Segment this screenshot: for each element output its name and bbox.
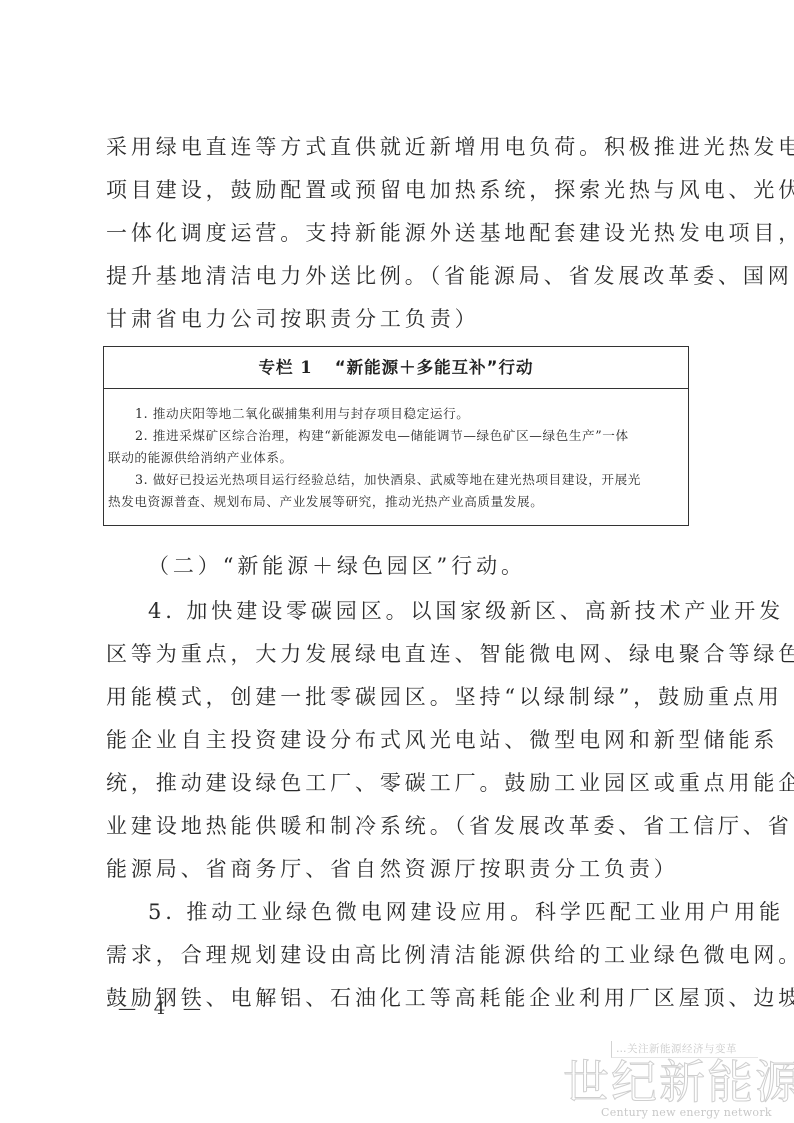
box-item-3-cont: 热发电资源普查、规划布局、产业发展等研究，推动光热产业高质量发展。 bbox=[108, 491, 682, 513]
text-line: 甘肃省电力公司按职责分工负责） bbox=[106, 298, 690, 341]
paragraph-4: 4. 加快建设零碳园区。以国家级新区、高新技术产业开发 区等为重点，大力发展绿电… bbox=[106, 590, 690, 891]
box-item-3: 3. 做好已投运光热项目运行经验总结，加快酒泉、武威等地在建光热项目建设，开展光 bbox=[108, 469, 682, 491]
column-box-number: 专栏 1 bbox=[259, 358, 313, 377]
text-line: 区等为重点，大力发展绿电直连、智能微电网、绿电聚合等绿色 bbox=[106, 633, 690, 676]
box-item-2: 2. 推进采煤矿区综合治理，构建“新能源发电—储能调节—绿色矿区—绿色生产”一体 bbox=[108, 425, 682, 447]
text-line: 4. 加快建设零碳园区。以国家级新区、高新技术产业开发 bbox=[106, 590, 690, 633]
text-line: 提升基地清洁电力外送比例。（省能源局、省发展改革委、国网 bbox=[106, 255, 690, 298]
column-box-body: 1. 推动庆阳等地二氧化碳捕集利用与封存项目稳定运行。 2. 推进采煤矿区综合治… bbox=[104, 389, 688, 513]
text-line: 能企业自主投资建设分布式风光电站、微型电网和新型储能系 bbox=[106, 719, 690, 762]
text-line: 一体化调度运营。支持新能源外送基地配套建设光热发电项目， bbox=[106, 212, 690, 255]
column-box-title: 专栏 1“新能源＋多能互补”行动 bbox=[104, 347, 688, 389]
box-item-1: 1. 推动庆阳等地二氧化碳捕集利用与封存项目稳定运行。 bbox=[108, 403, 682, 425]
column-box: 专栏 1“新能源＋多能互补”行动 1. 推动庆阳等地二氧化碳捕集利用与封存项目稳… bbox=[103, 346, 689, 526]
page-number: — 4 — bbox=[118, 998, 207, 1019]
column-box-heading: “新能源＋多能互补”行动 bbox=[335, 358, 534, 377]
text-line: 用能模式，创建一批零碳园区。坚持“以绿制绿”，鼓励重点用 bbox=[106, 676, 690, 719]
text-line: 需求，合理规划建设由高比例清洁能源供给的工业绿色微电网。 bbox=[106, 934, 690, 977]
section-heading: （二）“新能源＋绿色园区”行动。 bbox=[106, 545, 690, 588]
text-line: 能源局、省商务厅、省自然资源厅按职责分工负责） bbox=[106, 848, 690, 891]
paragraph-intro: 采用绿电直连等方式直供就近新增用电负荷。积极推进光热发电 项目建设，鼓励配置或预… bbox=[106, 126, 690, 341]
text-line: 项目建设，鼓励配置或预留电加热系统，探索光热与风电、光伏 bbox=[106, 169, 690, 212]
section-heading-block: （二）“新能源＋绿色园区”行动。 bbox=[106, 545, 690, 588]
text-line: 业建设地热能供暖和制冷系统。（省发展改革委、省工信厅、省 bbox=[106, 805, 690, 848]
watermark-logo: 世纪新能源网 bbox=[563, 1054, 794, 1110]
text-line: 统，推动建设绿色工厂、零碳工厂。鼓励工业园区或重点用能企 bbox=[106, 762, 690, 805]
document-page: 采用绿电直连等方式直供就近新增用电负荷。积极推进光热发电 项目建设，鼓励配置或预… bbox=[0, 0, 794, 1123]
box-item-2-cont: 联动的能源供给消纳产业体系。 bbox=[108, 447, 682, 469]
text-line: 采用绿电直连等方式直供就近新增用电负荷。积极推进光热发电 bbox=[106, 126, 690, 169]
watermark-english: Century new energy network bbox=[601, 1106, 772, 1119]
text-line: 5. 推动工业绿色微电网建设应用。科学匹配工业用户用能 bbox=[106, 891, 690, 934]
